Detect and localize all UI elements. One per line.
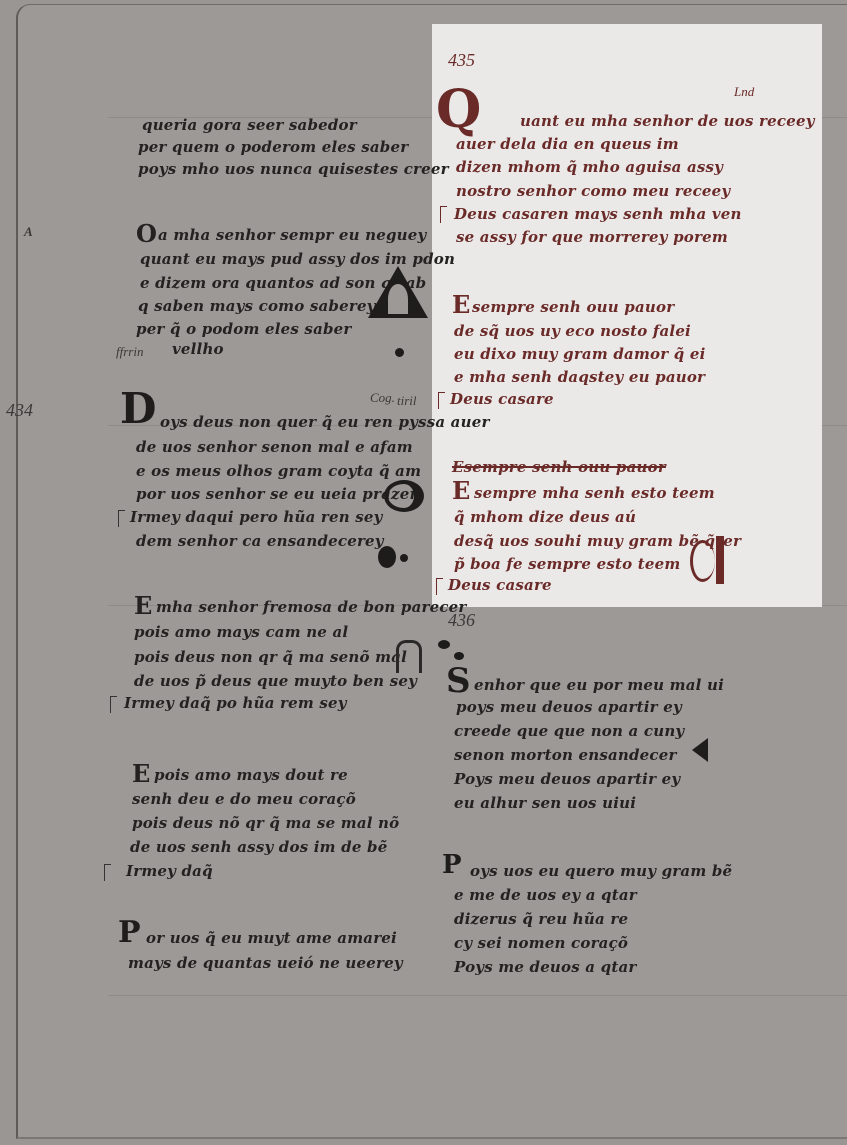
verse-line: e me de uos ey a qtar <box>454 886 637 904</box>
margin-mark-a: A <box>24 224 33 240</box>
margin-note-top-right: Lnd <box>734 84 754 100</box>
verse-line: enhor que eu por meu mal ui <box>474 676 724 694</box>
refrain-line: Deus casare <box>450 390 554 408</box>
verse-line: dem senhor ca ensandecerey <box>136 532 384 550</box>
verse-line: q̃ mhom dize deus aú <box>454 508 636 526</box>
struck-out-line: Esempre senh ouu pauor <box>452 458 666 476</box>
guide-letter-q-bowl <box>690 540 715 582</box>
guide-letter-n <box>396 640 422 673</box>
guide-letter-counter <box>388 284 408 314</box>
verse-line: nostro senhor como meu receey <box>456 182 730 200</box>
verse-line: q saben mays como saberey <box>138 297 376 315</box>
verse-line: mha senhor fremosa de bon parecer <box>156 598 467 616</box>
initial-letter: E <box>452 479 470 503</box>
refrain-line: Irmey daq̃ <box>126 862 213 880</box>
initial-letter: D <box>120 388 156 430</box>
margin-word-vellho: vellho <box>172 340 224 358</box>
verse-line: per q̃ o podom eles saber <box>136 320 352 338</box>
verse-line: per quem o poderom eles saber <box>138 138 408 156</box>
guide-letter-q-stem <box>716 536 724 584</box>
verse-line: a mha senhor sempr eu neguey <box>158 226 426 244</box>
verse-line: oys uos eu quero muy gram bẽ <box>470 862 732 880</box>
initial-letter: P <box>118 918 141 948</box>
ink-blot <box>378 546 396 568</box>
verse-line: sempre mha senh esto teem <box>474 484 715 502</box>
verse-line: de uos p̃ deus que muyto ben sey <box>134 672 417 690</box>
verse-line: senh deu e do meu coraçõ <box>132 790 356 808</box>
verse-line: sempre senh ouu pauor <box>472 298 674 316</box>
verse-line: de uos senhor senon mal e afam <box>136 438 413 456</box>
verse-line: de sq̃ uos uy eco nosto falei <box>454 322 691 340</box>
verse-line: eu alhur sen uos uiui <box>454 794 636 812</box>
guide-letter-o <box>384 480 424 512</box>
initial-letter: E <box>452 293 470 317</box>
ruling-line <box>108 995 847 996</box>
refrain-mark <box>118 510 125 527</box>
verse-line: pois deus nõ qr q̃ ma se mal nõ <box>132 814 399 832</box>
verse-line: de uos senh assy dos im de bẽ <box>130 838 387 856</box>
initial-letter: E <box>132 762 150 786</box>
refrain-mark <box>110 696 117 713</box>
refrain-mark <box>438 392 445 409</box>
initial-letter: O <box>136 222 157 246</box>
verse-line: por uos senhor se eu ueia prazer <box>136 485 418 503</box>
margin-note-ffrrin: ffrrin <box>116 344 143 360</box>
verse-line: oys deus non quer q̃ eu ren pyssa auer <box>160 413 490 431</box>
verse-line: Poys me deuos a qtar <box>454 958 637 976</box>
verse-line: pois deus non qr q̃ ma senõ mal <box>134 648 407 666</box>
initial-letter: S <box>446 664 471 698</box>
verse-line: e mha senh daqstey eu pauor <box>454 368 705 386</box>
verse-line: p̃ boa fe sempre esto teem <box>454 555 680 573</box>
verse-line: e os meus olhos gram coyta q̃ am <box>136 462 421 480</box>
refrain-mark <box>104 864 111 881</box>
verse-line: poys mho uos nunca quisestes creer <box>138 160 449 178</box>
ink-dot <box>395 348 404 357</box>
verse-line: poys meu deuos apartir ey <box>456 698 682 716</box>
verse-line: auer dela dia en queus im <box>456 135 679 153</box>
refrain-line: Irmey daq̃ po hũa rem sey <box>124 694 347 712</box>
ink-dot <box>454 652 464 660</box>
verse-line: mays de quantas ueió ne ueerey <box>128 954 403 972</box>
folio-number-435: 435 <box>448 50 475 71</box>
verse-line: dizerus q̃ reu hũa re <box>454 910 628 928</box>
margin-note-cog: Cog. <box>370 390 395 406</box>
refrain-line: Deus casare <box>448 576 552 594</box>
folio-number-434: 434 <box>6 400 33 421</box>
verse-line: eu dixo muy gram damor q̃ ei <box>454 345 706 363</box>
initial-letter: E <box>134 594 152 618</box>
verse-line: se assy for que morrerey porem <box>456 228 728 246</box>
refrain-mark <box>436 578 443 595</box>
initial-letter: Q <box>436 84 481 136</box>
verse-line: Poys meu deuos apartir ey <box>454 770 680 788</box>
verse-line: cy sei nomen coraçõ <box>454 934 628 952</box>
verse-line: pois amo mays dout re <box>154 766 348 784</box>
refrain-line: Deus casaren mays senh mha ven <box>454 205 742 223</box>
verse-line: uant eu mha senhor de uos receey <box>520 112 815 130</box>
verse-line: pois amo mays cam ne al <box>134 623 348 641</box>
initial-letter: P <box>442 852 462 878</box>
refrain-mark <box>440 206 447 223</box>
verse-line: senon morton ensandecer <box>454 746 677 764</box>
verse-line: dizen mhom q̃ mho aguisa assy <box>456 158 723 176</box>
ink-dot <box>400 554 408 562</box>
verse-line: or uos q̃ eu muyt ame amarei <box>146 929 397 947</box>
verse-line: queria gora seer sabedor <box>142 116 357 134</box>
refrain-line: Irmey daqui pero hũa ren sey <box>130 508 383 526</box>
verse-line: creede que que non a cuny <box>454 722 684 740</box>
margin-note-tiril: tiril <box>397 393 417 409</box>
guide-letter-wedge <box>692 738 708 762</box>
ink-dot <box>438 640 450 649</box>
